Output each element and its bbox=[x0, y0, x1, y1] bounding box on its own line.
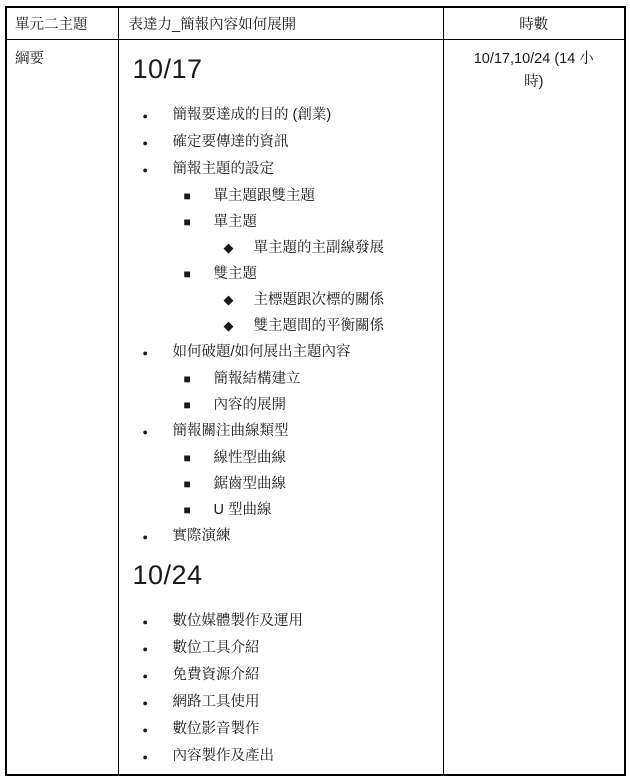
list-item: ■單主題跟雙主題 bbox=[131, 183, 437, 209]
list-item-text: 簡報要達成的目的 (創業) bbox=[173, 102, 332, 128]
cell-outline-content: 10/17●簡報要達成的目的 (創業)●確定要傳達的資訊●簡報主題的設定■單主題… bbox=[118, 39, 443, 775]
bullet-icon: ● bbox=[143, 524, 173, 550]
list-item-text: 數位媒體製作及運用 bbox=[173, 608, 304, 634]
bullet-icon: ● bbox=[143, 419, 173, 445]
list-item: ●簡報關注曲線類型 bbox=[131, 418, 437, 445]
list-item-text: 簡報主題的設定 bbox=[173, 156, 275, 182]
header-row: 單元二主題 表達力_簡報內容如何展開 時數 bbox=[6, 7, 625, 39]
list-item-text: 單主題跟雙主題 bbox=[214, 183, 316, 209]
bullet-icon: ● bbox=[143, 609, 173, 635]
list-item: ●數位工具介紹 bbox=[131, 635, 437, 662]
list-item: ■內容的展開 bbox=[131, 392, 437, 418]
diamond-icon: ◆ bbox=[224, 313, 254, 339]
header-content-title: 表達力_簡報內容如何展開 bbox=[118, 7, 443, 39]
bullet-icon: ● bbox=[143, 636, 173, 662]
date-heading: 10/24 bbox=[133, 558, 437, 592]
list-item-text: 線性型曲線 bbox=[214, 445, 287, 471]
bullet-icon: ● bbox=[143, 340, 173, 366]
date-heading: 10/17 bbox=[133, 52, 437, 86]
header-unit-topic: 單元二主題 bbox=[6, 7, 118, 39]
list-item: ●如何破題/如何展出主題內容 bbox=[131, 339, 437, 366]
square-icon: ■ bbox=[184, 261, 214, 287]
square-icon: ■ bbox=[184, 209, 214, 235]
list-item-text: U 型曲線 bbox=[214, 497, 272, 523]
list-item: ■鋸齒型曲線 bbox=[131, 471, 437, 497]
list-item: ■線性型曲線 bbox=[131, 445, 437, 471]
square-icon: ■ bbox=[184, 392, 214, 418]
list-item: ■簡報結構建立 bbox=[131, 366, 437, 392]
list-item-text: 免費資源介紹 bbox=[173, 662, 260, 688]
cell-hours: 10/17,10/24 (14 小時) bbox=[443, 39, 625, 775]
list-item: ●簡報要達成的目的 (創業) bbox=[131, 102, 437, 129]
outline-sections: 10/17●簡報要達成的目的 (創業)●確定要傳達的資訊●簡報主題的設定■單主題… bbox=[131, 52, 437, 770]
list-item-text: 雙主題 bbox=[214, 261, 258, 287]
list-item-text: 數位影音製作 bbox=[173, 716, 260, 742]
square-icon: ■ bbox=[184, 471, 214, 497]
list-item-text: 單主題 bbox=[214, 209, 258, 235]
bullet-icon: ● bbox=[143, 690, 173, 716]
list-item-text: 簡報結構建立 bbox=[214, 366, 301, 392]
list-item: ●網路工具使用 bbox=[131, 689, 437, 716]
list-item: ●數位媒體製作及運用 bbox=[131, 608, 437, 635]
list-item: ●確定要傳達的資訊 bbox=[131, 129, 437, 156]
list-item-text: 如何破題/如何展出主題內容 bbox=[173, 339, 351, 365]
list-item: ●數位影音製作 bbox=[131, 716, 437, 743]
document-page: 單元二主題 表達力_簡報內容如何展開 時數 綱要 10/17●簡報要達成的目的 … bbox=[0, 0, 630, 768]
hours-value: 10/17,10/24 (14 小時) bbox=[473, 48, 595, 94]
list-item-text: 主標題跟次標的關係 bbox=[254, 287, 385, 313]
list-item-text: 雙主題間的平衡關係 bbox=[254, 313, 385, 339]
diamond-icon: ◆ bbox=[224, 287, 254, 313]
bullet-icon: ● bbox=[143, 157, 173, 183]
list-item: ●內容製作及產出 bbox=[131, 743, 437, 770]
list-item: ●免費資源介紹 bbox=[131, 662, 437, 689]
list-item: ■U 型曲線 bbox=[131, 497, 437, 523]
list-item: ◆單主題的主副線發展 bbox=[131, 235, 437, 261]
header-hours: 時數 bbox=[443, 7, 625, 39]
bullet-icon: ● bbox=[143, 663, 173, 689]
body-row: 綱要 10/17●簡報要達成的目的 (創業)●確定要傳達的資訊●簡報主題的設定■… bbox=[6, 39, 625, 775]
bullet-icon: ● bbox=[143, 717, 173, 743]
course-outline-table: 單元二主題 表達力_簡報內容如何展開 時數 綱要 10/17●簡報要達成的目的 … bbox=[5, 6, 626, 776]
square-icon: ■ bbox=[184, 497, 214, 523]
bullet-icon: ● bbox=[143, 103, 173, 129]
square-icon: ■ bbox=[184, 183, 214, 209]
list-item: ◆雙主題間的平衡關係 bbox=[131, 313, 437, 339]
list-item-text: 鋸齒型曲線 bbox=[214, 471, 287, 497]
square-icon: ■ bbox=[184, 366, 214, 392]
list-item: ●簡報主題的設定 bbox=[131, 156, 437, 183]
square-icon: ■ bbox=[184, 445, 214, 471]
bullet-icon: ● bbox=[143, 130, 173, 156]
list-item-text: 簡報關注曲線類型 bbox=[173, 418, 289, 444]
diamond-icon: ◆ bbox=[224, 235, 254, 261]
list-item-text: 數位工具介紹 bbox=[173, 635, 260, 661]
list-item: ●實際演練 bbox=[131, 523, 437, 550]
list-item: ◆主標題跟次標的關係 bbox=[131, 287, 437, 313]
list-item: ■單主題 bbox=[131, 209, 437, 235]
list-item-text: 實際演練 bbox=[173, 523, 231, 549]
list-item-text: 內容的展開 bbox=[214, 392, 287, 418]
list-item-text: 確定要傳達的資訊 bbox=[173, 129, 289, 155]
list-item-text: 網路工具使用 bbox=[173, 689, 260, 715]
list-item-text: 單主題的主副線發展 bbox=[254, 235, 385, 261]
list-item-text: 內容製作及產出 bbox=[173, 743, 275, 769]
bullet-icon: ● bbox=[143, 744, 173, 770]
list-item: ■雙主題 bbox=[131, 261, 437, 287]
cell-unit-topic: 綱要 bbox=[6, 39, 118, 775]
